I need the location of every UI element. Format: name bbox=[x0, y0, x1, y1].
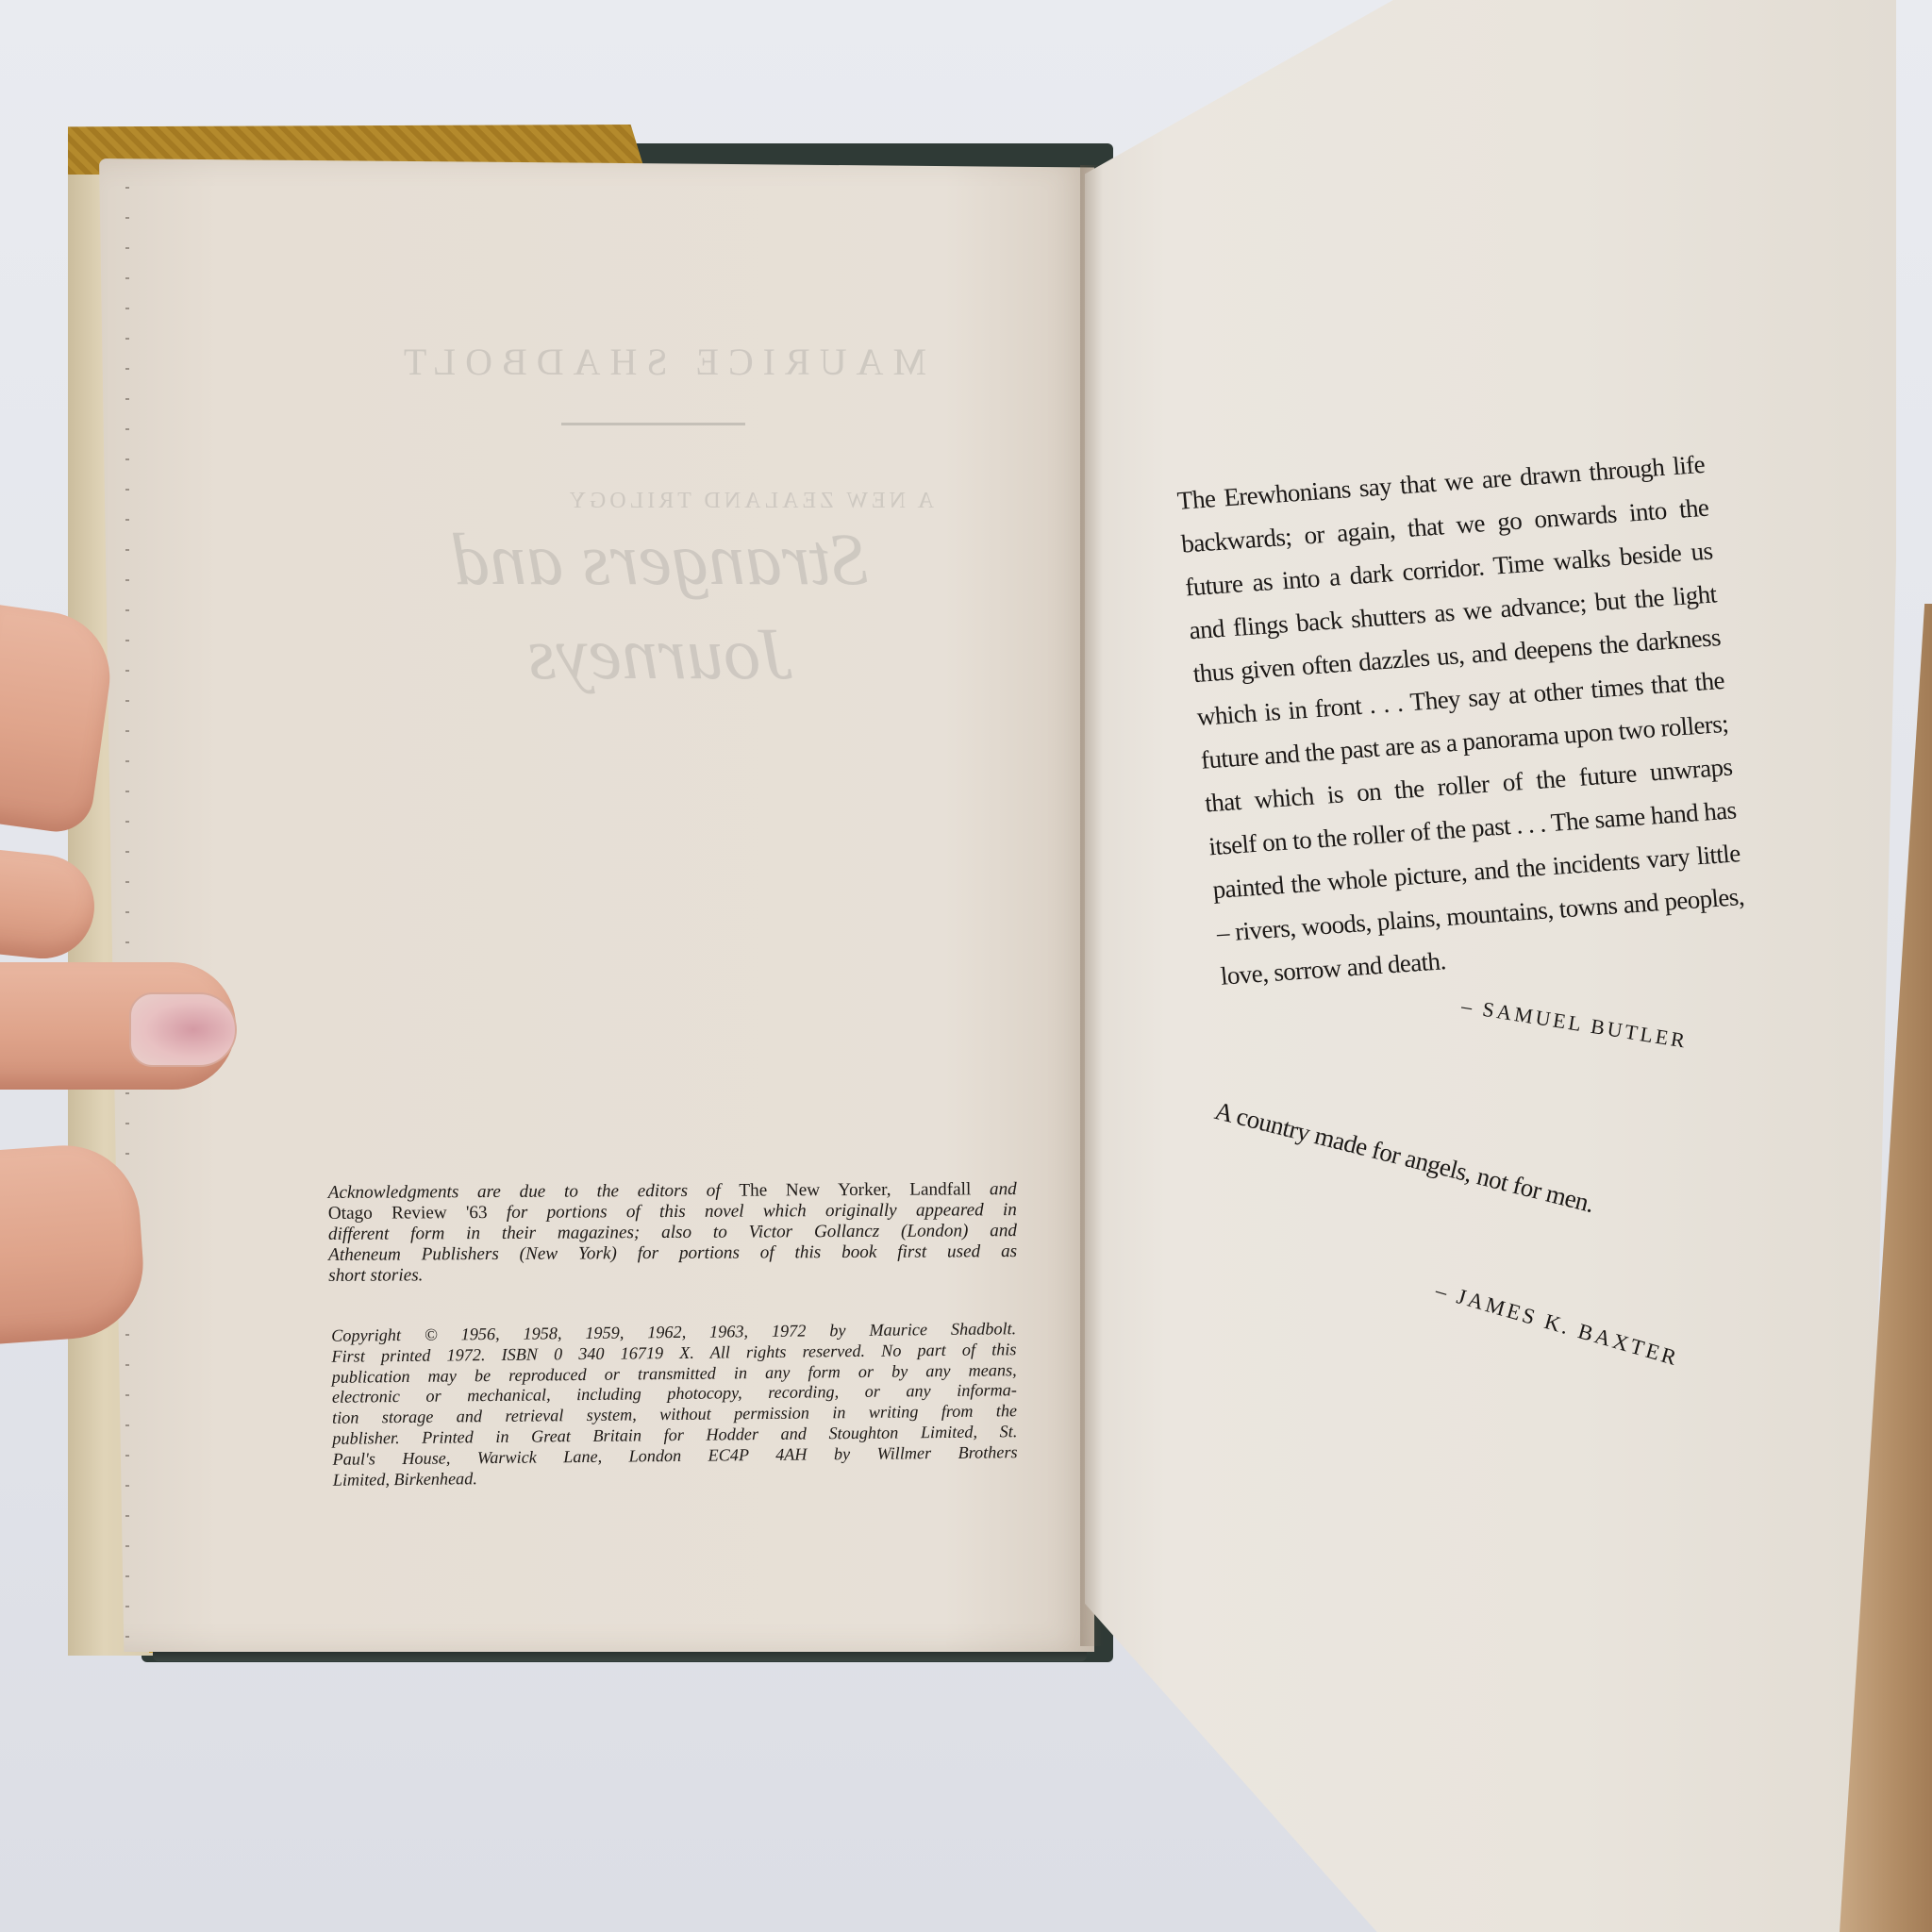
show-through-series: A NEW ZEALAND TRILOGY bbox=[594, 489, 934, 514]
show-through-title-line-2: Journeys bbox=[509, 611, 811, 696]
show-through-title-line-1: Strangers and bbox=[434, 517, 887, 602]
page-edge-specks bbox=[125, 158, 129, 1652]
copyright-notice: Copyright © 1956, 1958, 1959, 1962, 1963… bbox=[331, 1319, 1018, 1491]
ack-line: short stories. bbox=[328, 1262, 1017, 1287]
acknowledgments: Acknowledgments are due to the editors o… bbox=[328, 1179, 1018, 1287]
ack-line: Atheneum Publishers (New York) for porti… bbox=[328, 1241, 1017, 1266]
book-photo: MAURICE SHADBOLT A NEW ZEALAND TRILOGY S… bbox=[0, 0, 1932, 1932]
show-through-rule bbox=[561, 423, 745, 425]
gutter bbox=[1080, 165, 1103, 1646]
thumbnail bbox=[129, 992, 237, 1067]
show-through-author: MAURICE SHADBOLT bbox=[377, 340, 943, 384]
butler-epigraph: The Erewhonians say that we are drawn th… bbox=[1175, 442, 1750, 998]
